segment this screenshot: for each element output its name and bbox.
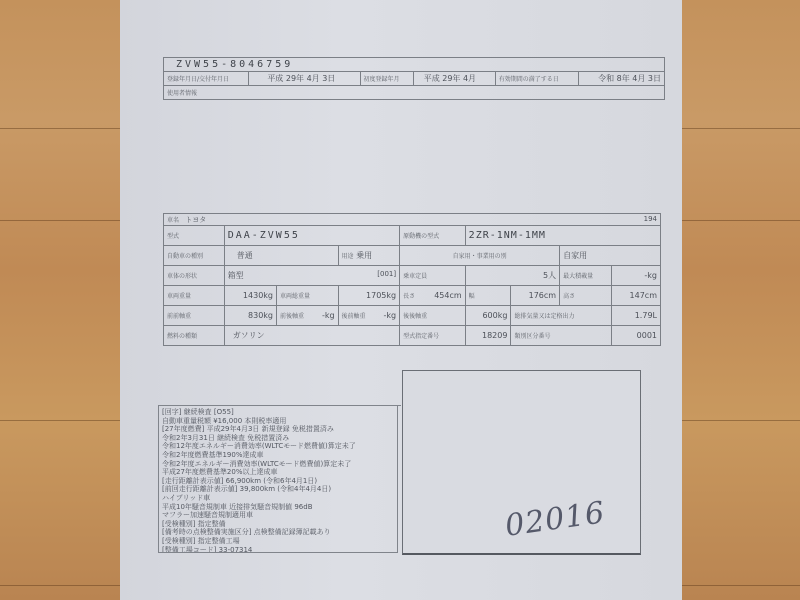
initial-reg-label: 初度登録年月 (360, 72, 413, 86)
usage-label: 用途 (342, 253, 354, 260)
remark-line: 令和2年度エネルギー消費効率(WLTCモード燃費値)算定未了 (162, 460, 394, 469)
gross-weight-value: 1705kg (338, 286, 400, 306)
rear-front-axle-value: -kg (383, 311, 396, 320)
width-label: 幅 (465, 286, 511, 306)
remark-line: [備考時の点検整備実施区分] 点検整備記録簿記載あり (162, 528, 394, 537)
front-rear-axle-cell: 前後軸重-kg (277, 306, 339, 326)
class-value: 0001 (612, 326, 661, 346)
vehicle-spec-table: 車名 トヨタ 194 型式 DAA-ZVW55 原動機の型式 2ZR-1NM-1… (163, 213, 661, 346)
rear-axle-label: 後後軸重 (400, 306, 466, 326)
category-value: 普通 (224, 246, 338, 266)
remark-line: [受検種別] 指定整備工場 (162, 537, 394, 546)
type-approval-label: 型式指定番号 (400, 326, 466, 346)
length-label: 長さ (403, 293, 415, 300)
fuel-value: ガソリン (224, 326, 399, 346)
category-label: 自動車の種別 (164, 246, 225, 266)
rear-front-axle-cell: 後前軸重-kg (338, 306, 400, 326)
first-reg-value: 平成 29年 4月 3日 (249, 72, 360, 86)
engine-label: 原動機の型式 (400, 226, 466, 246)
usage-value: 乗用 (356, 251, 372, 260)
type-approval-value: 18209 (465, 326, 511, 346)
remarks-box: [回字] 継続検査 [O55]自動車重量税額 ¥16,000 本則税率適用[27… (158, 405, 398, 553)
body-label: 車体の形状 (164, 266, 225, 286)
capacity-value: 5人 (465, 266, 559, 286)
class-label: 類別区分番号 (511, 326, 612, 346)
model-value: DAA-ZVW55 (224, 226, 399, 246)
weight-value: 1430kg (224, 286, 276, 306)
remarks-list: [回字] 継続検査 [O55]自動車重量税額 ¥16,000 本則税率適用[27… (162, 408, 394, 553)
displacement-value: 1.79L (612, 306, 661, 326)
maker-value: トヨタ (185, 216, 206, 224)
front-axle-label: 前前軸重 (164, 306, 225, 326)
remark-line: 令和2年度燃費基準190%達成車 (162, 451, 394, 460)
front-rear-axle-label: 前後軸重 (280, 313, 304, 320)
weight-label: 車両重量 (164, 286, 225, 306)
body-code: [001] (377, 270, 396, 278)
remark-line: ハイブリッド車 (162, 494, 394, 503)
displacement-label: 総排気量又は定格出力 (511, 306, 612, 326)
remark-line: [27年度燃費] 平成29年4月3日 新規登録 免税措置済み (162, 425, 394, 434)
remark-line: 自動車重量税額 ¥16,000 本則税率適用 (162, 417, 394, 426)
remark-line: 平成27年度燃費基準20%以上達成車 (162, 468, 394, 477)
fuel-label: 燃料の種類 (164, 326, 225, 346)
usage-cell: 用途 乗用 (338, 246, 400, 266)
body-cell: 箱型[001] (224, 266, 399, 286)
remark-line: 令和12年度エネルギー消費効率(WLTCモード燃費値)算定未了 (162, 442, 394, 451)
width-value: 176cm (511, 286, 560, 306)
max-load-label: 最大積載量 (560, 266, 612, 286)
maker-label: 車名 (167, 217, 179, 224)
capacity-label: 乗車定員 (400, 266, 466, 286)
vin-number: ZVW55-8046759 (164, 58, 665, 72)
maker-code: 194 (644, 215, 657, 223)
front-axle-value: 830kg (224, 306, 276, 326)
remark-line: [整備工場コード] 33-07314 (162, 546, 394, 554)
expiry-label: 有効期間の満了する日 (495, 72, 578, 86)
front-rear-axle-value: -kg (322, 311, 335, 320)
rear-front-axle-label: 後前軸重 (342, 313, 366, 320)
height-value: 147cm (612, 286, 661, 306)
maker-row: 車名 トヨタ 194 (164, 214, 661, 226)
remark-line: [回字] 継続検査 [O55] (162, 408, 394, 417)
expiry-value: 令和 8年 4月 3日 (578, 72, 664, 86)
max-load-value: -kg (612, 266, 661, 286)
cutout-gap (158, 365, 401, 406)
gross-weight-label: 車両総重量 (277, 286, 339, 306)
first-reg-label: 登録年月日/交付年月日 (164, 72, 249, 86)
length-cell: 長さ454cm (400, 286, 466, 306)
private-label: 自家用・事業用の別 (400, 246, 560, 266)
length-value: 454cm (434, 291, 461, 300)
registration-table: ZVW55-8046759 登録年月日/交付年月日 平成 29年 4月 3日 初… (163, 57, 665, 100)
initial-reg-value: 平成 29年 4月 (413, 72, 495, 86)
model-label: 型式 (164, 226, 225, 246)
body-value: 箱型 (228, 271, 244, 280)
rear-axle-value: 600kg (465, 306, 511, 326)
private-value: 自家用 (560, 246, 661, 266)
engine-value: 2ZR-1NM-1MM (465, 226, 660, 246)
remark-line: 平成10年騒音規制車 近接排気騒音規制値 96dB (162, 503, 394, 512)
user-info-label: 使用者情報 (164, 86, 665, 100)
height-label: 高さ (560, 286, 612, 306)
remark-line: [前回走行距離計表示値] 39,800km (令和4年4月4日) (162, 485, 394, 494)
remark-line: マフラー加速騒音規制適用車 (162, 511, 394, 520)
